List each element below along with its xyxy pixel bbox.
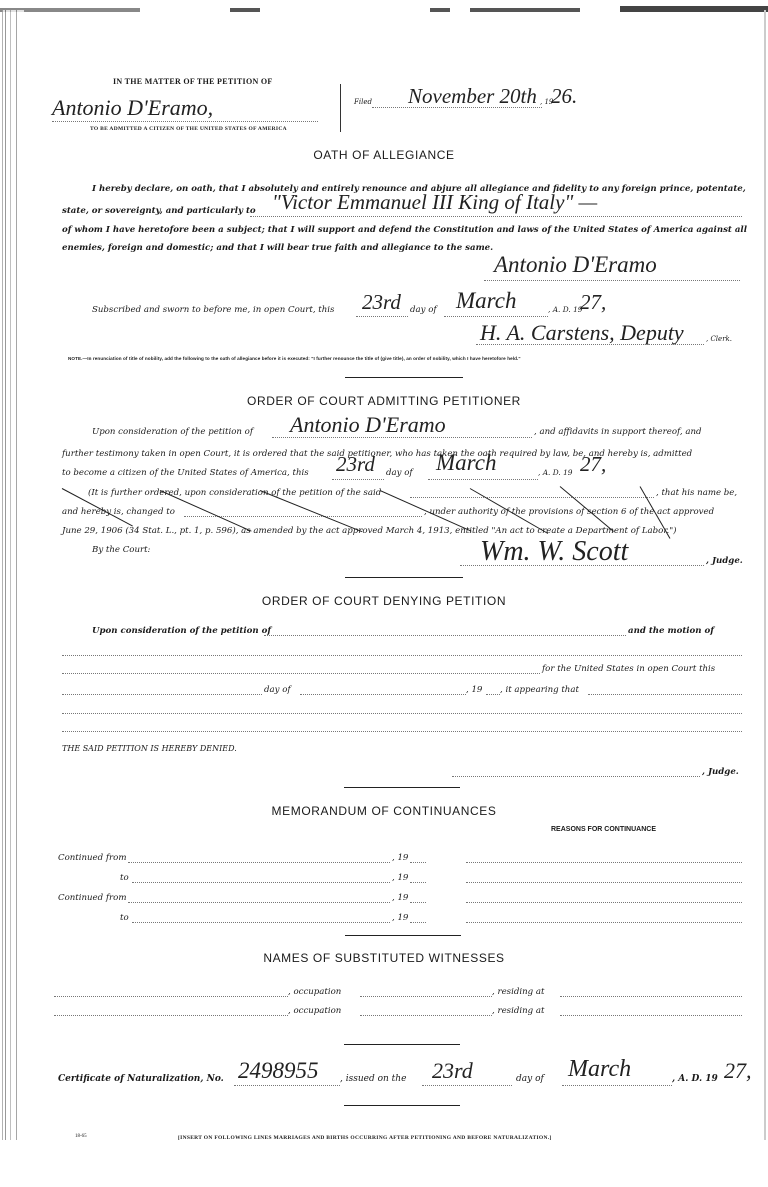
judge-label: , Judge. (706, 556, 743, 566)
denying-appearing: , it appearing that (500, 685, 579, 695)
certificate-month-line (562, 1085, 672, 1086)
section-divider (344, 787, 460, 788)
sworn-year-handwritten: 27, (580, 290, 606, 315)
continued-year-line (410, 862, 426, 863)
name-change-original-line (410, 497, 654, 498)
admitting-ad: , A. D. 19 (538, 468, 573, 477)
section-divider (345, 377, 463, 378)
denying-line-2 (62, 655, 742, 656)
petitioner-signature: Antonio D'Eramo (494, 252, 657, 278)
denying-month-line (300, 694, 466, 695)
denying-line-1-prefix: Upon consideration of the petition of (92, 626, 271, 636)
petitioner-name-line (52, 121, 318, 122)
continued-year-line (410, 902, 426, 903)
continued-to-label: to (120, 873, 129, 883)
naturalization-document: IN THE MATTER OF THE PETITION OF Antonio… (0, 0, 768, 1187)
continued-from-date-line (128, 902, 390, 903)
admitting-month-line (428, 479, 538, 480)
continued-year: , 19 (392, 853, 408, 863)
continued-from-label: Continued from (58, 853, 127, 863)
nobility-note: NOTE.—In renunciation of title of nobili… (68, 356, 521, 361)
reasons-header: REASONS FOR CONTINUANCE (551, 826, 656, 833)
denying-judge-line (452, 776, 700, 777)
denying-petitioner-line (264, 635, 626, 636)
admitting-day-of: day of (386, 468, 413, 478)
admitting-petitioner-handwritten: Antonio D'Eramo (290, 412, 446, 438)
denying-year-line (486, 694, 500, 695)
continued-year: , 19 (392, 873, 408, 883)
oath-line-3: of whom I have heretofore been a subject… (62, 225, 747, 235)
oath-title: OATH OF ALLEGIANCE (0, 148, 768, 162)
certificate-month-handwritten: March (568, 1056, 631, 1083)
witness-name-line (54, 1015, 288, 1016)
form-number: 18-65 (75, 1134, 87, 1139)
denying-line-6 (62, 731, 742, 732)
denying-line-3-blank (62, 673, 540, 674)
oath-line-2-prefix: state, or sovereignty, and particularly … (62, 206, 256, 216)
judge-signature: Wm. W. Scott (480, 536, 628, 568)
filed-date-line (372, 107, 542, 108)
denying-day-line (62, 694, 262, 695)
witness-name-line (54, 996, 288, 997)
scan-binding-edge (2, 10, 24, 1140)
denying-line-5 (62, 713, 742, 714)
continued-year-line (410, 922, 426, 923)
continued-year-line (410, 882, 426, 883)
sworn-ad: , A. D. 19 (548, 305, 583, 314)
certificate-issued-label: , issued on the (340, 1074, 406, 1084)
continued-from-label: Continued from (58, 893, 127, 903)
certificate-day-line (422, 1085, 512, 1086)
admitting-day-handwritten: 23rd (336, 452, 375, 477)
admitted-label: TO BE ADMITTED A CITIZEN OF THE UNITED S… (90, 126, 287, 132)
section-divider (344, 1044, 460, 1045)
admitting-petitioner-line (272, 437, 532, 438)
denied-statement: THE SAID PETITION IS HEREBY DENIED. (62, 744, 237, 753)
admitting-line-3-prefix: to become a citizen of the United States… (62, 468, 309, 478)
witnesses-title: NAMES OF SUBSTITUTED WITNESSES (0, 951, 768, 965)
reason-line (466, 882, 742, 883)
oath-line-4: enemies, foreign and domestic; and that … (62, 243, 493, 253)
filed-label: Filed (354, 98, 372, 106)
petitioner-name-handwritten: Antonio D'Eramo, (52, 95, 213, 121)
insert-note: [INSERT ON FOLLOWING LINES MARRIAGES AND… (178, 1135, 552, 1141)
filed-year-handwritten: 26. (551, 84, 577, 109)
continuances-title: MEMORANDUM OF CONTINUANCES (0, 804, 768, 818)
name-change-line-1-prefix: (It is further ordered, upon considerati… (88, 488, 381, 498)
denying-title: ORDER OF COURT DENYING PETITION (0, 594, 768, 608)
reason-line (466, 922, 742, 923)
clerk-label: , Clerk. (706, 335, 732, 343)
section-divider (344, 1105, 460, 1106)
clerk-signature-line (476, 344, 704, 345)
sovereign-line (250, 216, 742, 217)
continued-to-label: to (120, 913, 129, 923)
certificate-label: Certificate of Naturalization, No. (58, 1074, 224, 1084)
certificate-number-handwritten: 2498955 (238, 1058, 319, 1084)
sworn-month-line (444, 316, 548, 317)
matter-label: IN THE MATTER OF THE PETITION OF (113, 77, 273, 86)
section-divider (345, 577, 463, 578)
continued-year: , 19 (392, 893, 408, 903)
witness-residing-label: , residing at (492, 1006, 544, 1016)
witness-residing-label: , residing at (492, 987, 544, 997)
scan-top-edge (0, 6, 768, 14)
section-divider (345, 935, 461, 936)
denying-appearing-line (588, 694, 742, 695)
certificate-number-line (234, 1085, 340, 1086)
certificate-ad: , A. D. 19 (672, 1074, 718, 1084)
name-change-line-3: June 29, 1906 (34 Stat. L., pt. 1, p. 59… (62, 526, 677, 536)
admitting-day-line (332, 479, 384, 480)
reason-line (466, 862, 742, 863)
denying-line-1-suffix: and the motion of (628, 626, 714, 636)
judge-signature-line (460, 565, 704, 566)
denying-year: , 19 (466, 685, 482, 695)
scan-right-edge (764, 10, 766, 1140)
name-change-line-2-prefix: and hereby is, changed to (62, 507, 175, 517)
sworn-day-line (356, 316, 408, 317)
header-divider (340, 84, 341, 132)
denying-line-3-suffix: for the United States in open Court this (542, 664, 715, 674)
continued-from-date-line (128, 862, 390, 863)
certificate-day-of: day of (516, 1074, 544, 1084)
denying-judge-label: , Judge. (702, 767, 739, 777)
sworn-day-of: day of (410, 305, 437, 315)
admitting-line-1-prefix: Upon consideration of the petition of (92, 427, 253, 437)
certificate-year-handwritten: 27, (724, 1058, 752, 1084)
witness-occupation-label: , occupation (288, 987, 341, 997)
by-the-court: By the Court: (92, 545, 150, 555)
sworn-prefix: Subscribed and sworn to before me, in op… (92, 305, 334, 315)
name-change-line-1-suffix: , that his name be, (656, 488, 737, 498)
reason-line (466, 902, 742, 903)
witness-occupation-line (360, 1015, 492, 1016)
witness-occupation-label: , occupation (288, 1006, 341, 1016)
witness-residing-line (560, 1015, 742, 1016)
witness-occupation-line (360, 996, 492, 997)
sworn-month-handwritten: March (456, 288, 516, 314)
filed-date-handwritten: November 20th (408, 84, 537, 109)
continued-year: , 19 (392, 913, 408, 923)
admitting-line-1-suffix: , and affidavits in support thereof, and (534, 427, 702, 437)
witness-residing-line (560, 996, 742, 997)
admitting-title: ORDER OF COURT ADMITTING PETITIONER (0, 394, 768, 408)
certificate-day-handwritten: 23rd (432, 1058, 473, 1084)
admitting-month-handwritten: March (436, 450, 496, 476)
sovereign-handwritten: "Victor Emmanuel III King of Italy" — (272, 190, 597, 215)
clerk-signature: H. A. Carstens, Deputy (480, 320, 684, 346)
sworn-day-handwritten: 23rd (362, 290, 401, 315)
admitting-year-handwritten: 27, (580, 452, 606, 477)
continued-to-date-line (132, 882, 390, 883)
continued-to-date-line (132, 922, 390, 923)
denying-day-of: day of (264, 685, 291, 695)
petitioner-signature-line (484, 280, 740, 281)
name-change-line-2-suffix: , under authority of the provisions of s… (424, 507, 714, 517)
